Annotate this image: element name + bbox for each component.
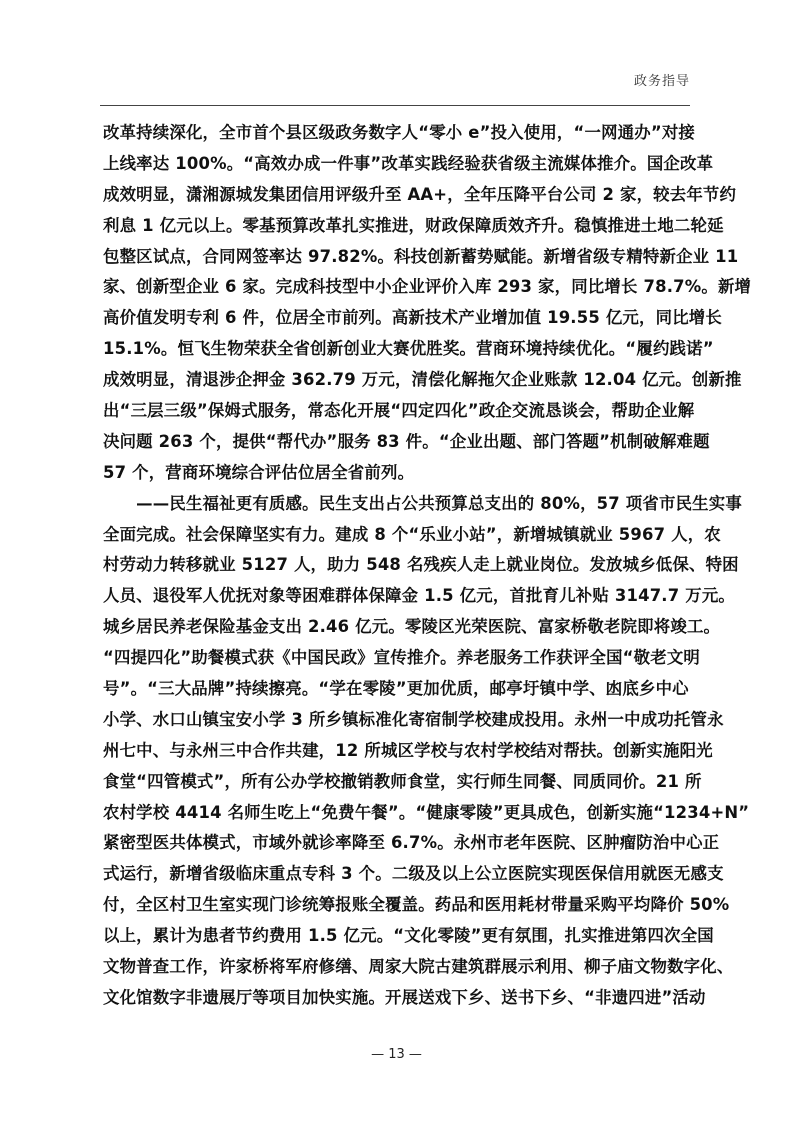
text-line: 利息 1 亿元以上。零基预算改革扎实推进，财政保障质效齐升。稳慎推进土地二轮延 (103, 211, 688, 242)
text-line: 文物普查工作，许家桥将军府修缮、周家大院古建筑群展示利用、柳子庙文物数字化、 (103, 952, 688, 983)
text-line: 家、创新型企业 6 家。完成科技型中小企业评价入库 293 家，同比增长 78.… (103, 272, 688, 303)
text-line: 全面完成。社会保障坚实有力。建成 8 个“乐业小站”，新增城镇就业 5967 人… (103, 520, 688, 551)
text-line: ——民生福祉更有质感。民生支出占公共预算总支出的 80%，57 项省市民生实事 (103, 489, 688, 520)
text-line: 15.1%。恒飞生物荣获全省创新创业大赛优胜奖。营商环境持续优化。“履约践诺” (103, 334, 688, 365)
text-line: 城乡居民养老保险基金支出 2.46 亿元。零陵区光荣医院、富家桥敬老院即将竣工。 (103, 612, 688, 643)
text-line: 57 个，营商环境综合评估位居全省前列。 (103, 458, 688, 489)
text-line: 出“三层三级”保姆式服务，常态化开展“四定四化”政企交流恳谈会，帮助企业解 (103, 396, 688, 427)
text-line: 高价值发明专利 6 件，位居全市前列。高新技术产业增加值 19.55 亿元，同比… (103, 303, 688, 334)
page-number: — 13 — (0, 1047, 793, 1062)
text-line: 农村学校 4414 名师生吃上“免费午餐”。“健康零陵”更具成色，创新实施“12… (103, 798, 688, 829)
body-text: 改革持续深化，全市首个县区级政务数字人“零小 e”投入使用，“一网通办”对接 上… (103, 118, 688, 1014)
text-line: 改革持续深化，全市首个县区级政务数字人“零小 e”投入使用，“一网通办”对接 (103, 118, 688, 149)
header-rule (100, 105, 690, 106)
text-line: 包整区试点，合同网签率达 97.82%。科技创新蓄势赋能。新增省级专精特新企业 … (103, 242, 688, 273)
text-line: 州七中、与永州三中合作共建，12 所城区学校与农村学校结对帮扶。创新实施阳光 (103, 736, 688, 767)
text-line: 紧密型医共体模式，市域外就诊率降至 6.7%。永州市老年医院、区肿瘤防治中心正 (103, 828, 688, 859)
text-line: 付，全区村卫生室实现门诊统筹报账全覆盖。药品和医用耗材带量采购平均降价 50% (103, 890, 688, 921)
text-line: 成效明显，清退涉企押金 362.79 万元，清偿化解拖欠企业账款 12.04 亿… (103, 365, 688, 396)
text-line: “四提四化”助餐模式获《中国民政》宣传推介。养老服务工作获评全国“敬老文明 (103, 643, 688, 674)
text-line: 食堂“四管模式”，所有公办学校撤销教师食堂，实行师生同餐、同质同价。21 所 (103, 767, 688, 798)
text-line: 文化馆数字非遗展厅等项目加快实施。开展送戏下乡、送书下乡、“非遗四进”活动 (103, 983, 688, 1014)
text-line: 号”。“三大品牌”持续擦亮。“学在零陵”更加优质，邮亭圩镇中学、凼底乡中心 (103, 674, 688, 705)
text-line: 人员、退役军人优抚对象等困难群体保障金 1.5 亿元，首批育儿补贴 3147.7… (103, 581, 688, 612)
text-line: 小学、水口山镇宝安小学 3 所乡镇标准化寄宿制学校建成投用。永州一中成功托管永 (103, 705, 688, 736)
text-line: 村劳动力转移就业 5127 人，助力 548 名残疾人走上就业岗位。发放城乡低保… (103, 550, 688, 581)
text-line: 以上，累计为患者节约费用 1.5 亿元。“文化零陵”更有氛围，扎实推进第四次全国 (103, 921, 688, 952)
text-line: 决问题 263 个，提供“帮代办”服务 83 件。“企业出题、部门答题”机制破解… (103, 427, 688, 458)
page-header-title: 政务指导 (634, 70, 690, 89)
text-line: 上线率达 100%。“高效办成一件事”改革实践经验获省级主流媒体推介。国企改革 (103, 149, 688, 180)
text-line: 成效明显，潇湘源城发集团信用评级升至 AA+，全年压降平台公司 2 家，较去年节… (103, 180, 688, 211)
text-line: 式运行，新增省级临床重点专科 3 个。二级及以上公立医院实现医保信用就医无感支 (103, 859, 688, 890)
